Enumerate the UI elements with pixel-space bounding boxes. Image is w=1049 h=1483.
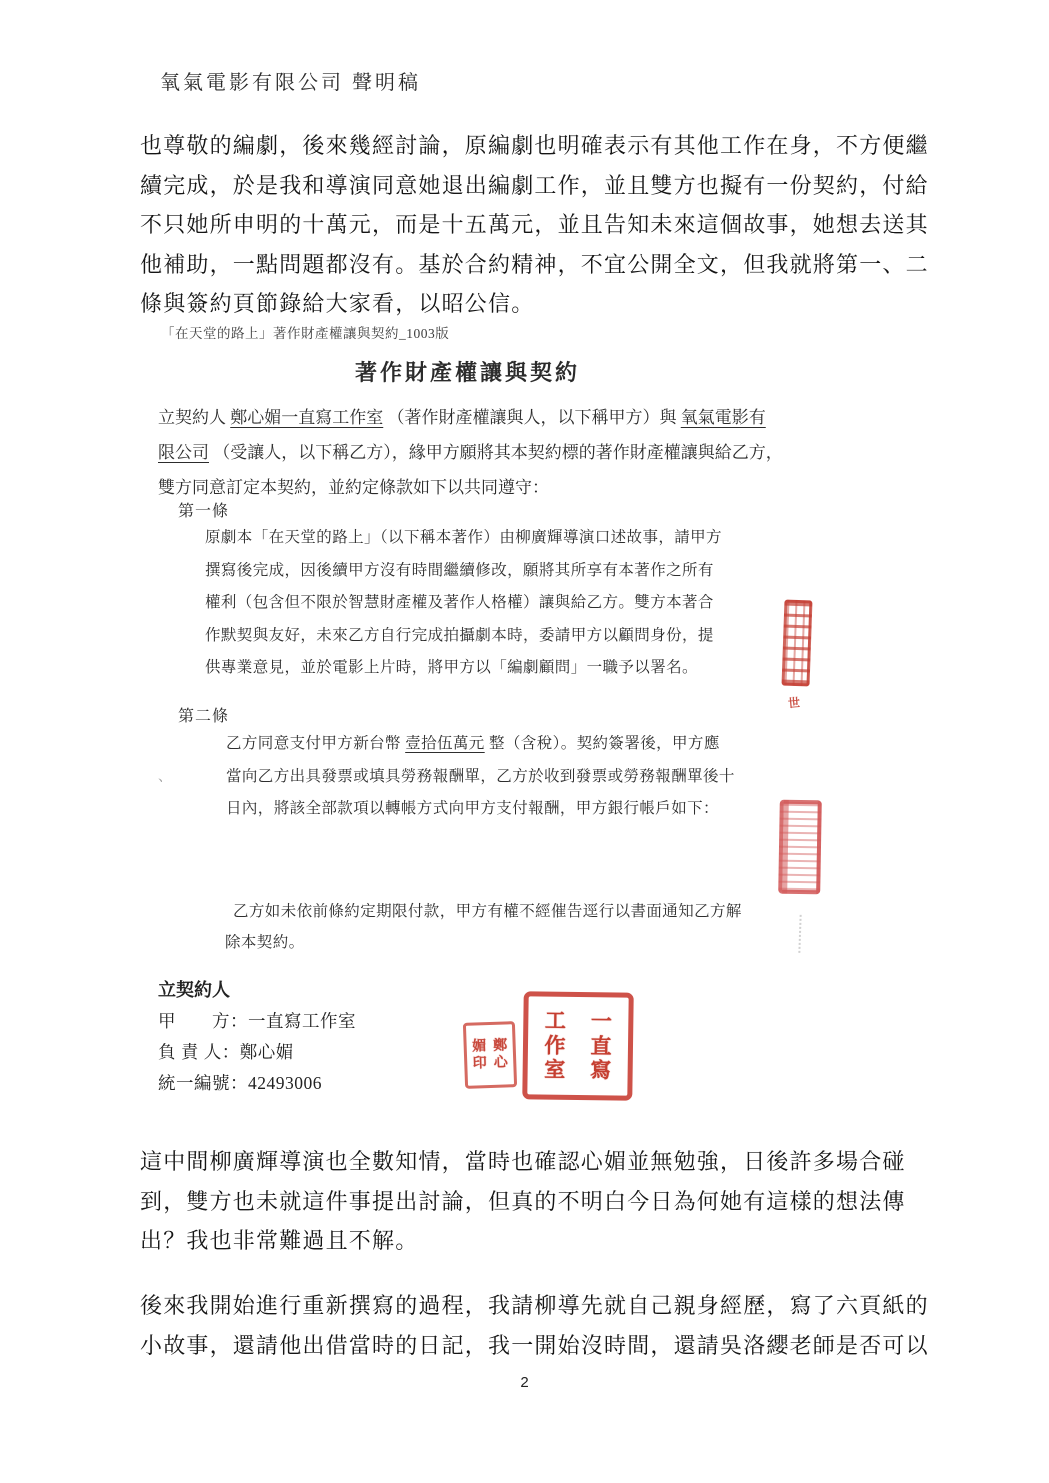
statement-paragraph-3: 後來我開始進行重新撰寫的過程，我請柳導先就自己親身經歷，寫了六頁紙的小故事，還請… [140, 1286, 930, 1365]
text-segment: 乙方同意支付甲方新台幣 [226, 735, 405, 752]
text-line: 乙方同意支付甲方新台幣 壹拾伍萬元 整（含稅）。契約簽署後，甲方應 [226, 728, 735, 761]
underlined-text: 壹拾伍萬元 [405, 735, 485, 752]
underlined-text: 鄭心媚一直寫工作室 [230, 408, 383, 427]
underlined-text: 限公司 [158, 443, 209, 462]
document-header: 氧氣電影有限公司 聲明稿 [160, 66, 421, 95]
text-segment: 立契約人 [158, 408, 230, 427]
text-line: 立契約人 鄭心媚一直寫工作室 （著作財產權讓與人，以下稱甲方）與 氧氣電影有 [158, 400, 928, 435]
text-line: 也尊敬的編劇，後來幾經討論，原編劇也明確表示有其他工作在身，不方便繼 [140, 126, 930, 166]
text-line: 甲 方：一直寫工作室 [158, 1006, 356, 1037]
seal-column: 鄭心 [493, 1037, 508, 1072]
seal-column: 工作室 [544, 1008, 566, 1083]
text-line: 這中間柳廣輝導演也全數知情，當時也確認心媚並無勉強，日後許多場合碰 [140, 1142, 930, 1182]
text-line: 日內，將該全部款項以轉帳方式向甲方支付報酬，甲方銀行帳戶如下： [226, 793, 735, 826]
seal-column: 一直寫 [590, 1009, 612, 1084]
text-line: 出？我也非常難過且不解。 [140, 1221, 930, 1261]
text-segment: 整（含稅）。契約簽署後，甲方應 [485, 735, 720, 752]
text-line: 權利（包含但不限於智慧財產權及著作人格權）讓與給乙方。雙方本著合 [205, 587, 722, 620]
partial-paging-seal-icon [778, 800, 822, 895]
page-number: 2 [0, 1374, 1049, 1391]
text-line: 撰寫後完成，因後續甲方沒有時間繼續修改，願將其所享有本著作之所有 [205, 555, 722, 588]
text-line: 負 責 人：鄭心媚 [158, 1037, 356, 1068]
text-line: 後來我開始進行重新撰寫的過程，我請柳導先就自己親身經歷，寫了六頁紙的 [140, 1286, 930, 1326]
contract-title: 著作財產權讓與契約 [355, 356, 580, 387]
text-line: 當向乙方出具發票或填具勞務報酬單，乙方於收到發票或勞務報酬單後十 [226, 761, 735, 794]
text-line: 雙方同意訂定本契約，並約定條款如下以共同遵守： [158, 470, 928, 505]
small-seal-fragment-icon: 世 [787, 694, 800, 712]
statement-paragraph-2: 這中間柳廣輝導演也全數知情，當時也確認心媚並無勉強，日後許多場合碰到，雙方也未就… [140, 1142, 930, 1261]
text-segment: 日內，將該全部款項以轉帳方式向甲方支付報酬，甲方銀行帳戶如下： [226, 800, 719, 817]
seal-column: 媚印 [472, 1038, 487, 1073]
text-line: 乙方如未依前條約定期限付款，甲方有權不經催告逕行以書面通知乙方解 [225, 896, 742, 927]
text-segment: 雙方同意訂定本契約，並約定條款如下以共同遵守： [158, 478, 549, 497]
underlined-text: 氧氣電影有 [681, 408, 766, 427]
partial-paging-seal-icon [782, 600, 813, 687]
scan-artifact: 、 [158, 766, 172, 786]
text-line: 不只她所申明的十萬元，而是十五萬元，並且告知未來這個故事，她想去送其 [140, 205, 930, 245]
text-line: 原劇本「在天堂的路上」（以下稱本著作）由柳廣輝導演口述故事，請甲方 [205, 522, 722, 555]
text-segment: （著作財產權讓與人，以下稱甲方）與 [383, 408, 681, 427]
signature-lines: 甲 方：一直寫工作室負 責 人：鄭心媚統一編號：42493006 [158, 1006, 356, 1098]
text-line: 限公司 （受讓人，以下稱乙方），緣甲方願將其本契約標的著作財產權讓與給乙方， [158, 435, 928, 470]
text-line: 供專業意見，並於電影上片時，將甲方以「編劇顧問」一職予以署名。 [205, 652, 722, 685]
clause-1-body: 原劇本「在天堂的路上」（以下稱本著作）由柳廣輝導演口述故事，請甲方撰寫後完成，因… [205, 522, 722, 685]
statement-paragraph-1: 也尊敬的編劇，後來幾經討論，原編劇也明確表示有其他工作在身，不方便繼續完成，於是… [140, 126, 930, 324]
text-segment: 當向乙方出具發票或填具勞務報酬單，乙方於收到發票或勞務報酬單後十 [226, 768, 735, 785]
text-line: 作默契與友好，未來乙方自行完成拍攝劇本時，委請甲方以顧問身份，提 [205, 620, 722, 653]
personal-seal-stamp: 鄭心媚印 [463, 1021, 517, 1089]
studio-seal-stamp: 一直寫工作室 [522, 991, 633, 1101]
clause-1-heading: 第一條 [178, 498, 229, 521]
text-segment: （受讓人，以下稱乙方），緣甲方願將其本契約標的著作財產權讓與給乙方， [209, 443, 783, 462]
text-line: 他補助，一點問題都沒有。基於合約精神，不宜公開全文，但我就將第一、二 [140, 245, 930, 285]
scanned-statement-page: 氧氣電影有限公司 聲明稿 也尊敬的編劇，後來幾經討論，原編劇也明確表示有其他工作… [0, 0, 1049, 1483]
text-line: 條與簽約頁節錄給大家看，以昭公信。 [140, 284, 930, 324]
text-line: 除本契約。 [225, 927, 742, 958]
text-line: 續完成，於是我和導演同意她退出編劇工作，並且雙方也擬有一份契約，付給 [140, 166, 930, 206]
contract-intro: 立契約人 鄭心媚一直寫工作室 （著作財產權讓與人，以下稱甲方）與 氧氣電影有限公… [158, 400, 928, 505]
clause-2-body: 乙方同意支付甲方新台幣 壹拾伍萬元 整（含稅）。契約簽署後，甲方應當向乙方出具發… [226, 728, 735, 826]
clause-2-heading: 第二條 [178, 703, 229, 726]
text-line: 統一編號：42493006 [158, 1068, 356, 1099]
text-line: 到，雙方也未就這件事提出討論，但真的不明白今日為何她有這樣的想法傳 [140, 1182, 930, 1222]
text-line: 小故事，還請他出借當時的日記，我一開始沒時間，還請吳洛纓老師是否可以 [140, 1326, 930, 1366]
signature-title: 立契約人 [158, 976, 230, 1002]
breach-paragraph: 乙方如未依前條約定期限付款，甲方有權不經催告逕行以書面通知乙方解除本契約。 [225, 896, 742, 958]
scan-artifact [798, 915, 809, 953]
contract-caption: 「在天堂的路上」著作財產權讓與契約_1003版 [161, 322, 449, 342]
